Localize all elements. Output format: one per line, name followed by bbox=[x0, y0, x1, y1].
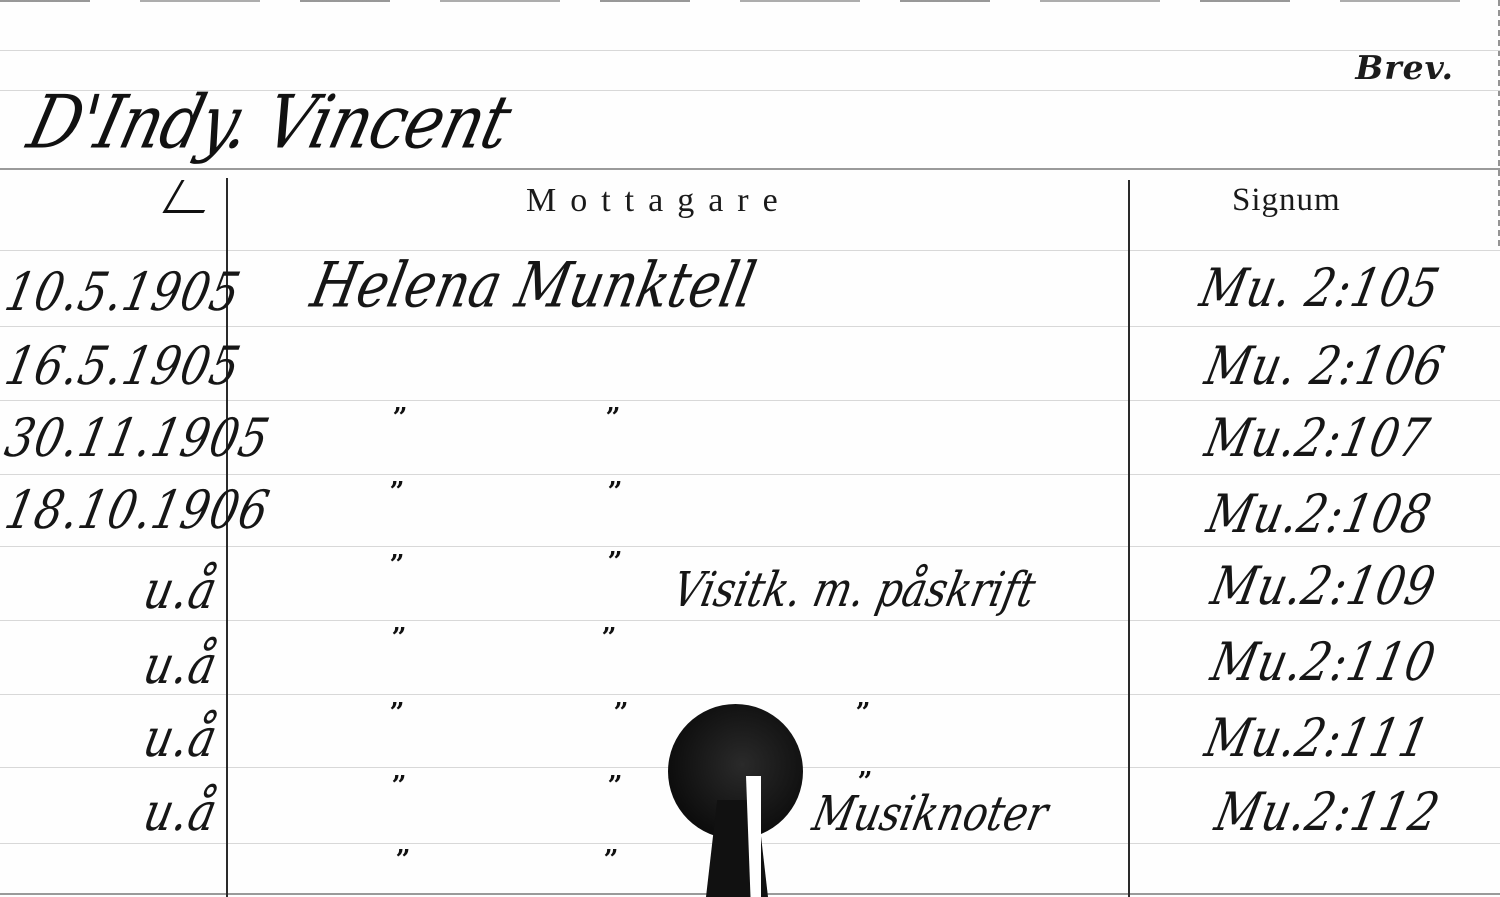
ditto-mark: „ bbox=[396, 830, 411, 860]
ruled-line bbox=[0, 620, 1500, 621]
ditto-mark: „ bbox=[608, 756, 623, 786]
ditto-mark: „ bbox=[856, 683, 871, 713]
handwritten-hook-mark bbox=[162, 180, 222, 213]
ditto-mark: „ bbox=[392, 756, 407, 786]
header-divider-line bbox=[0, 168, 1500, 170]
column-header-signum: Signum bbox=[1232, 182, 1341, 219]
ditto-mark: „ bbox=[393, 388, 408, 418]
entry-note: Visitk. m. påskrift bbox=[668, 563, 1040, 618]
ruled-line bbox=[0, 694, 1500, 695]
ruled-line bbox=[0, 400, 1500, 401]
ruled-line bbox=[0, 546, 1500, 547]
entry-date: 30.11.1905 bbox=[0, 408, 223, 469]
ruled-line bbox=[0, 474, 1500, 475]
ditto-mark: „ bbox=[390, 535, 405, 565]
subject-name: D'Indy. Vincent bbox=[20, 81, 518, 166]
entry-signum: Mu. 2:105 bbox=[1195, 258, 1445, 319]
ditto-mark: „ bbox=[390, 683, 405, 713]
entry-date: 10.5.1905 bbox=[0, 262, 223, 323]
entry-signum: Mu.2:107 bbox=[1200, 408, 1435, 469]
entry-date: 18.10.1906 bbox=[0, 480, 223, 541]
entry-date: 16.5.1905 bbox=[0, 336, 223, 397]
entry-recipient: Helena Munktell bbox=[305, 250, 762, 322]
entry-date: u.å bbox=[0, 782, 223, 843]
ditto-mark: „ bbox=[606, 388, 621, 418]
column-header-recipient: Mottagare bbox=[526, 182, 792, 220]
ruled-line bbox=[0, 50, 1500, 51]
ditto-mark: „ bbox=[608, 462, 623, 492]
entry-signum: Mu.2:112 bbox=[1210, 782, 1445, 843]
signum-column-divider bbox=[1128, 180, 1130, 897]
ditto-mark: „ bbox=[608, 532, 623, 562]
entry-signum: Mu.2:110 bbox=[1206, 632, 1441, 693]
ditto-mark: „ bbox=[858, 752, 873, 782]
entry-signum: Mu. 2:106 bbox=[1200, 336, 1450, 397]
card-top-edge bbox=[0, 0, 1500, 2]
entry-signum: Mu.2:109 bbox=[1206, 556, 1441, 617]
entry-signum: Mu.2:111 bbox=[1200, 708, 1435, 769]
index-card: Brev. D'Indy. Vincent Mottagare Signum 1… bbox=[0, 0, 1500, 897]
entry-signum: Mu.2:108 bbox=[1202, 484, 1437, 545]
ditto-mark: „ bbox=[614, 683, 629, 713]
ditto-mark: „ bbox=[392, 608, 407, 638]
entry-date: u.å bbox=[0, 635, 223, 696]
ditto-mark: „ bbox=[604, 830, 619, 860]
ditto-mark: „ bbox=[390, 462, 405, 492]
entry-date: u.å bbox=[0, 708, 223, 769]
ruled-line bbox=[0, 326, 1500, 327]
category-label: Brev. bbox=[1355, 48, 1454, 87]
entry-note: Musiknoter bbox=[808, 787, 1053, 842]
ditto-mark: „ bbox=[602, 608, 617, 638]
entry-date: u.å bbox=[0, 560, 223, 621]
